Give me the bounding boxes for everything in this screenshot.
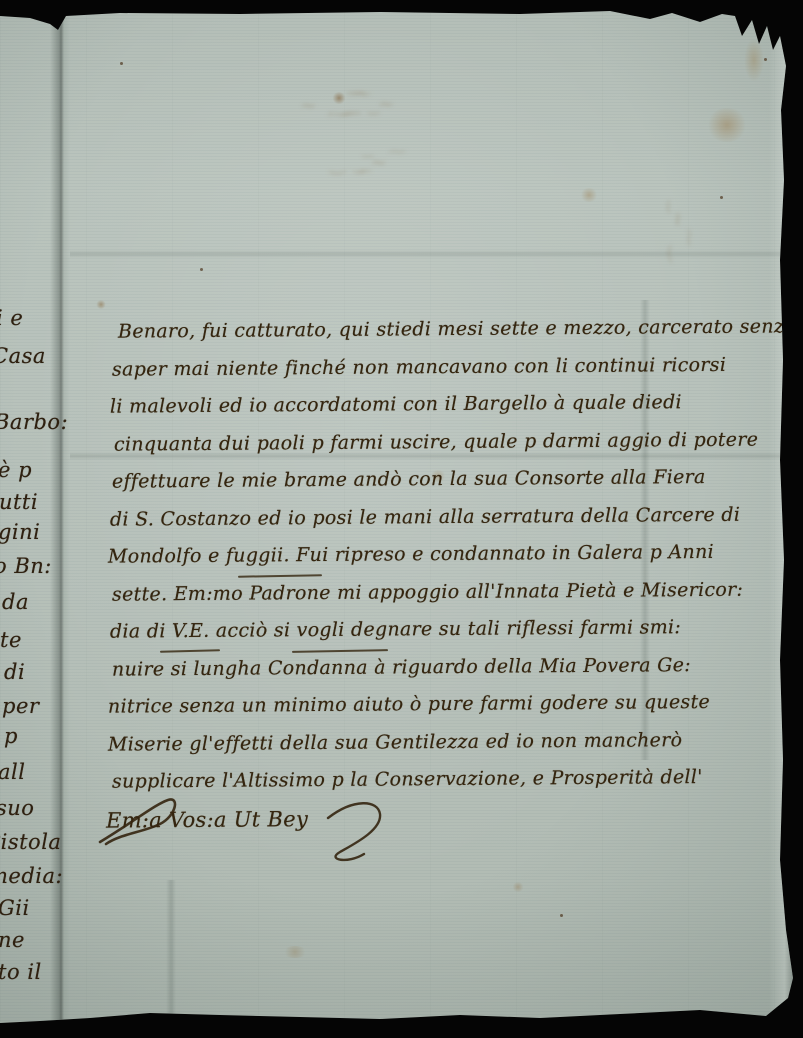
facing-page-fragment: è p bbox=[0, 458, 32, 482]
ink-speck bbox=[720, 196, 723, 199]
facing-page-fragment: i e bbox=[0, 306, 23, 330]
ink-underline bbox=[238, 574, 322, 577]
facing-page-fragment: per bbox=[2, 694, 39, 718]
fold-crease bbox=[166, 880, 176, 1030]
letter-line: effettuare le mie brame andò con la sua … bbox=[112, 465, 784, 492]
facing-page-fragment: Casa bbox=[0, 344, 46, 368]
facing-page-fragment: media: bbox=[0, 864, 63, 888]
letter-line: saper mai niente finché non mancavano co… bbox=[112, 353, 784, 380]
letter-line: supplicare l'Altissimo p la Conservazion… bbox=[112, 765, 784, 792]
ink-underline bbox=[160, 649, 220, 653]
facing-page-fragment: Gii bbox=[0, 896, 30, 920]
facing-page-fragment: suo bbox=[0, 796, 34, 820]
letter-line: sette. Em:mo Padrone mi appoggio all'Inn… bbox=[112, 578, 784, 605]
stain bbox=[512, 882, 524, 892]
bleedthrough-marks: ͜ ~ ͠ ‿ bbox=[665, 200, 692, 265]
letter-line: nitrice senza un minimo aiuto ò pure far… bbox=[108, 690, 780, 717]
facing-page-fragment: Barbo: bbox=[0, 410, 68, 434]
letter-line: Mondolfo e fuggii. Fui ripreso e condann… bbox=[108, 540, 780, 567]
facing-page-fragment: tutti bbox=[0, 490, 38, 514]
letter-line: di S. Costanzo ed io posi le mani alla s… bbox=[110, 503, 782, 530]
facing-page-fragment: te bbox=[0, 628, 22, 652]
facing-page-fragment: o Bn: bbox=[0, 554, 52, 578]
letter-line: Miserie gl'effetti della sua Gentilezza … bbox=[108, 728, 780, 755]
letter-line: nuire si lungha Condanna à riguardo dell… bbox=[112, 653, 784, 680]
manuscript-page: ~ ‸‿͟͞ ͠ ͜ ~ ‿ ͜ ͟͞ ~ ͠ ͜ ~ ͠ ‿ i e Casa… bbox=[0, 0, 803, 1038]
ink-speck bbox=[764, 58, 767, 61]
facing-page-fragment: Pistola bbox=[0, 830, 61, 854]
bleedthrough-marks: ~ ‸‿͟͞ ͠ ͜ ~ bbox=[300, 91, 397, 118]
facing-page-fragment: da bbox=[2, 590, 29, 614]
stain bbox=[580, 188, 598, 202]
facing-page-fragment: ne bbox=[0, 928, 25, 952]
stain bbox=[706, 108, 748, 142]
ink-underline bbox=[292, 649, 388, 653]
stain bbox=[96, 300, 106, 309]
facing-page-fragment: p bbox=[4, 724, 18, 748]
stain bbox=[744, 38, 764, 82]
facing-page-fragment: di bbox=[4, 660, 25, 684]
ink-speck bbox=[120, 62, 123, 65]
facing-page-fragment: all bbox=[0, 760, 25, 784]
signature-flourish bbox=[96, 790, 416, 870]
facing-page-fragment: ggini bbox=[0, 520, 40, 544]
letter-line: dia di V.E. acciò si vogli degnare su ta… bbox=[110, 615, 782, 642]
bleedthrough-marks: ‿ ͜ ͟͞ ~ ͠ bbox=[330, 149, 398, 175]
letter-line: Benaro, fui catturato, qui stiedi mesi s… bbox=[118, 315, 790, 342]
scanned-manuscript-view: ~ ‸‿͟͞ ͠ ͜ ~ ‿ ͜ ͟͞ ~ ͠ ͜ ~ ͠ ‿ i e Casa… bbox=[0, 0, 803, 1038]
facing-page-fragment: to il bbox=[0, 960, 42, 984]
stain bbox=[282, 946, 308, 958]
letter-line: li malevoli ed io accordatomi con il Bar… bbox=[110, 390, 782, 417]
ink-speck bbox=[200, 268, 203, 271]
ink-speck bbox=[560, 914, 563, 917]
